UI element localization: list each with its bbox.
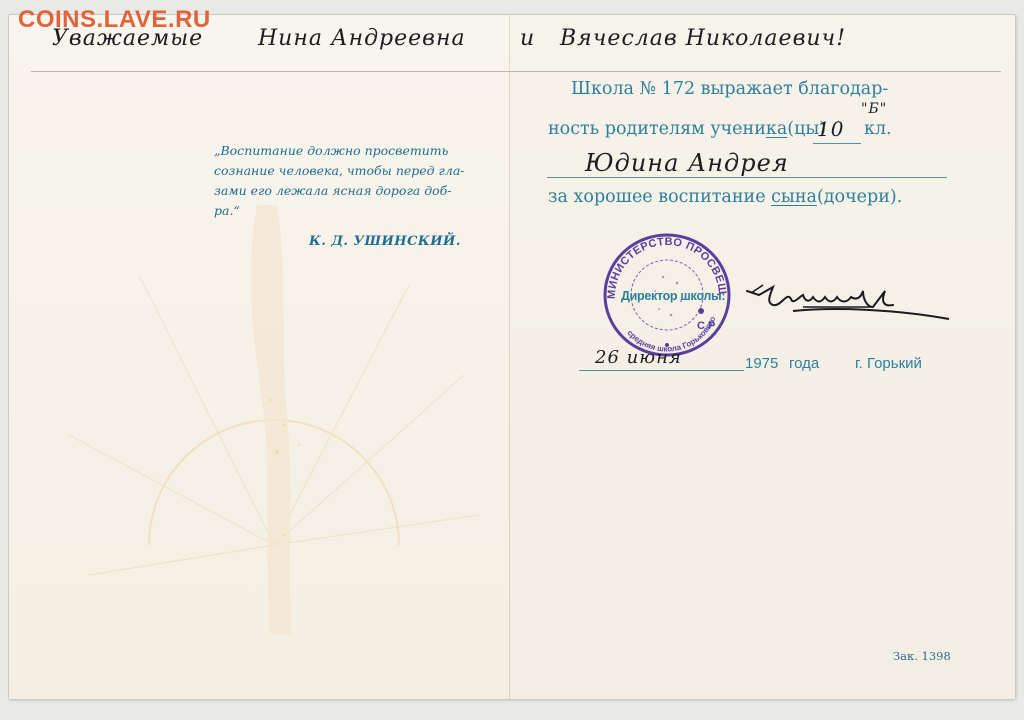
greeting-first-parent: Нина Андреевна [258, 26, 466, 51]
quote-line: „Воспитание должно просветить [214, 141, 492, 161]
director-label: Директор школы: [621, 289, 725, 303]
date-year: 1975 [745, 355, 778, 372]
greeting-conjunction: и [520, 26, 535, 51]
left-page [9, 15, 509, 699]
school-thanks-line-1: Школа № 172 выражает благодар- [571, 79, 888, 99]
quote-line: ра.“ [214, 201, 492, 221]
greeting-underline [31, 71, 1001, 72]
certificate-sheet: „Воспитание должно просветить сознание ч… [8, 14, 1016, 700]
quote-author: К. Д. УШИНСКИЙ. [309, 234, 461, 249]
director-signature-icon [743, 277, 953, 323]
ushinsky-quote: „Воспитание должно просветить сознание ч… [214, 141, 492, 221]
line2-prefix: ность родителям учени [548, 119, 766, 139]
class-number: 10 [817, 117, 844, 141]
school-thanks-line-2: ность родителям ученика(цы) [548, 119, 826, 139]
order-number: Зак. 1398 [893, 649, 951, 663]
date-blank-line [579, 370, 744, 371]
svg-text:С Р: С Р [697, 320, 715, 332]
line4-suffix: (дочери). [817, 187, 902, 207]
center-fold [509, 15, 510, 699]
quote-line: сознание человека, чтобы перед гла- [214, 161, 492, 181]
quote-line: зами его лежала ясная дорога доб- [214, 181, 492, 201]
date-day-month: 26 июня [595, 347, 682, 368]
class-letter: "Б" [861, 101, 887, 117]
line4-prefix: за хорошее воспитание [548, 187, 771, 207]
school-thanks-line-4: за хорошее воспитание сына(дочери). [548, 187, 902, 207]
line2-underlined: ка [766, 119, 787, 139]
greeting-second-parent: Вячеслав Николаевич! [560, 26, 846, 51]
student-name: Юдина Андрея [585, 149, 789, 177]
city: г. Горький [855, 355, 922, 372]
site-watermark: COINS.LAVE.RU [18, 6, 211, 34]
class-abbrev: кл. [864, 119, 892, 139]
line4-underlined: сына [771, 187, 817, 207]
date-year-suffix: года [789, 355, 819, 372]
student-name-line [547, 177, 947, 178]
class-blank-line [813, 143, 861, 144]
